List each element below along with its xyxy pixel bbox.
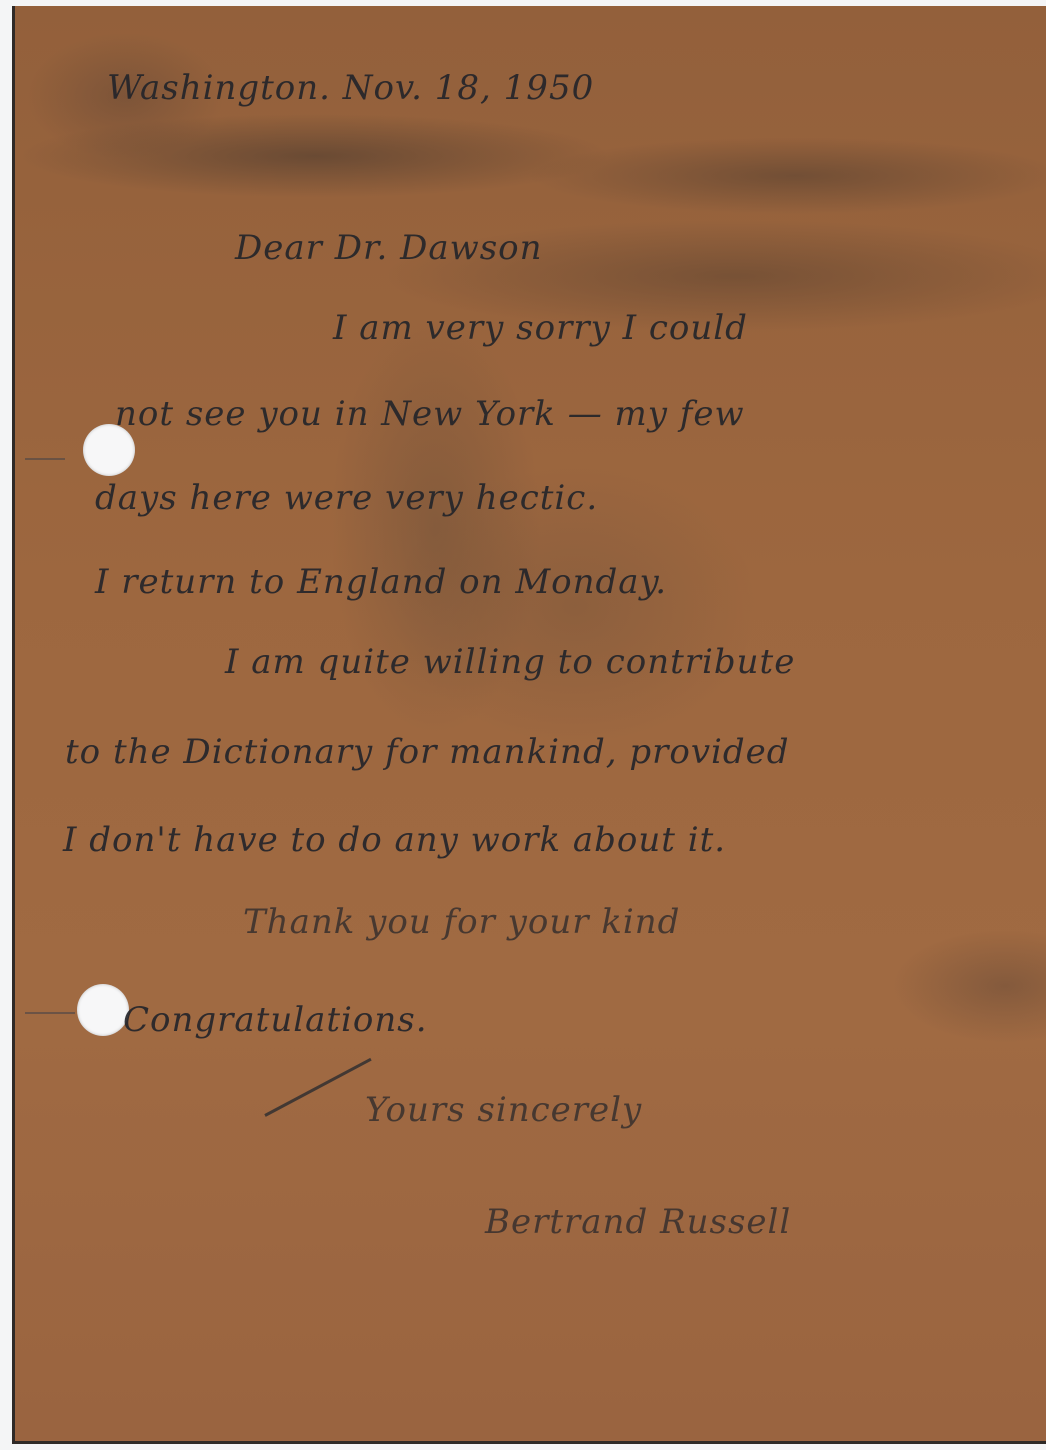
body-line-6: to the Dictionary for mankind, provided: [65, 732, 790, 772]
body-line-7: I don't have to do any work about it.: [63, 820, 726, 860]
body-line-5: I am quite willing to contribute: [225, 642, 795, 682]
punch-hole-bottom: [77, 984, 129, 1036]
closing-flourish: [264, 1058, 371, 1117]
body-line-4: I return to England on Monday.: [95, 562, 667, 602]
signature: Bertrand Russell: [485, 1202, 791, 1242]
margin-mark: [25, 458, 65, 460]
body-line-9: Congratulations.: [123, 1000, 428, 1040]
salutation: Dear Dr. Dawson: [235, 228, 543, 268]
body-line-2: not see you in New York — my few: [115, 394, 745, 434]
margin-mark: [25, 1012, 75, 1014]
letter-page: Washington. Nov. 18, 1950 Dear Dr. Dawso…: [12, 6, 1046, 1444]
body-line-8: Thank you for your kind: [243, 902, 680, 942]
closing: Yours sincerely: [365, 1090, 642, 1130]
body-line-1: I am very sorry I could: [333, 308, 748, 348]
body-line-3: days here were very hectic.: [95, 478, 598, 518]
place-date: Washington. Nov. 18, 1950: [107, 68, 594, 108]
